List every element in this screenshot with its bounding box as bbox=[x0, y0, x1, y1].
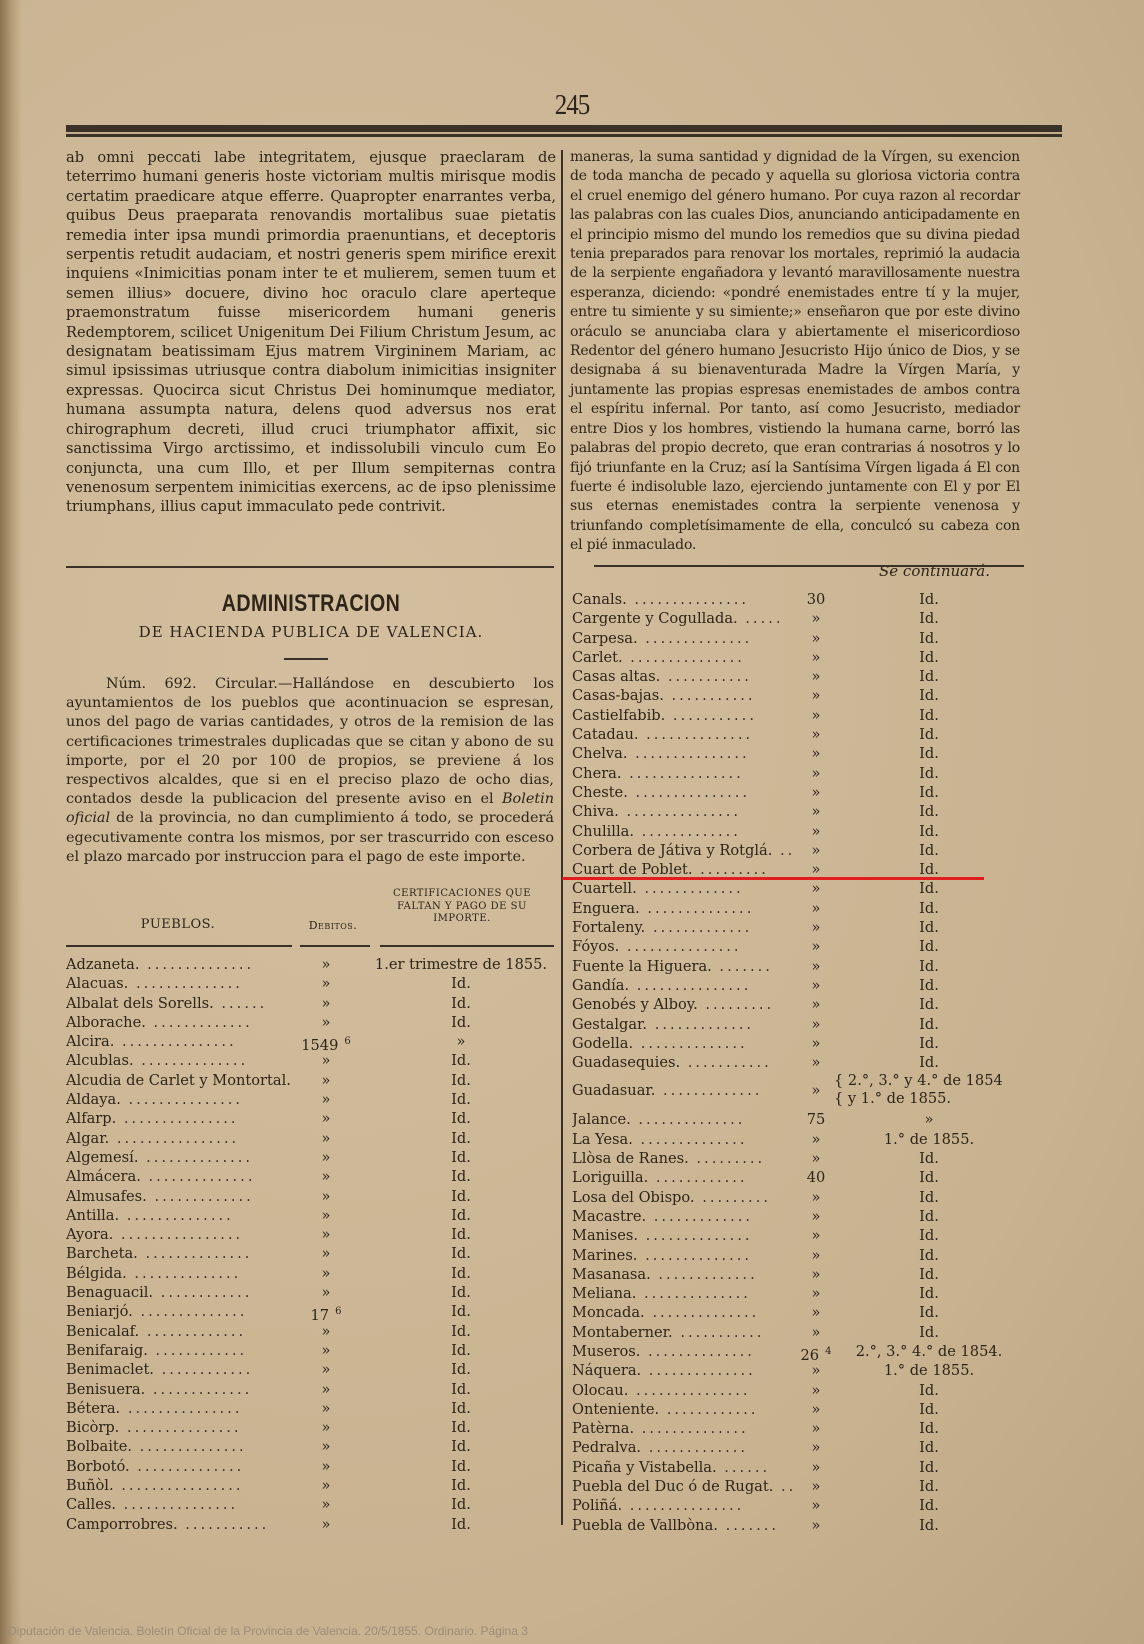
table-row: Beniarjó. ..............176Id. bbox=[66, 1302, 556, 1321]
town-name: Adzaneta. .............. bbox=[66, 955, 291, 974]
leader-dots: ...... bbox=[717, 1459, 770, 1476]
leader-dots: .............. bbox=[130, 1458, 245, 1475]
certification-value: Id. bbox=[834, 1477, 1024, 1496]
leader-dots: ............. bbox=[145, 1381, 252, 1398]
leader-dots: .............. bbox=[141, 1168, 256, 1185]
town-name: Casas altas. ........... bbox=[572, 667, 792, 686]
certification-value: Id. bbox=[366, 1013, 556, 1032]
table-row: Benaguacil. ............»Id. bbox=[66, 1283, 556, 1302]
leader-dots: ............... bbox=[622, 765, 744, 782]
table-row: Benifaraig. ............»Id. bbox=[66, 1341, 556, 1360]
leader-dots: ...... bbox=[214, 995, 267, 1012]
certification-value: Id. bbox=[834, 783, 1024, 802]
town-name: Alcudia de Carlet y Montortal. .. bbox=[66, 1071, 291, 1090]
certification-value: Id. bbox=[366, 1206, 556, 1225]
debit-value: » bbox=[291, 1437, 361, 1456]
table-row: Bétera. ...............»Id. bbox=[66, 1399, 556, 1418]
town-name: Bicòrp. ............... bbox=[66, 1418, 291, 1437]
certification-value: Id. bbox=[366, 1380, 556, 1399]
table-row: Macastre. .............»Id. bbox=[572, 1207, 1022, 1226]
certification-value: Id. bbox=[834, 1265, 1024, 1284]
leader-dots: ............. bbox=[655, 1082, 762, 1099]
town-name: Almácera. .............. bbox=[66, 1167, 291, 1186]
leader-dots: .............. bbox=[133, 1303, 248, 1320]
section-title: ADMINISTRACION bbox=[110, 590, 512, 618]
book-spine-shadow bbox=[0, 0, 22, 1644]
leader-dots: .............. bbox=[638, 1227, 753, 1244]
certification-value: » bbox=[366, 1032, 556, 1051]
table-row: Montaberner. ...........»Id. bbox=[572, 1323, 1022, 1342]
header-underline-pueblos bbox=[66, 945, 292, 947]
leader-dots: ............... bbox=[627, 591, 749, 608]
town-name: Enguera. .............. bbox=[572, 899, 792, 918]
certification-value: Id. bbox=[834, 1053, 1024, 1072]
table-row: Cheste. ...............»Id. bbox=[572, 783, 1022, 802]
table-row: Losa del Obispo. .........»Id. bbox=[572, 1188, 1022, 1207]
header-debitos: Debitos. bbox=[298, 919, 368, 932]
town-name: Llòsa de Ranes. ......... bbox=[572, 1149, 792, 1168]
table-row: Olocau. ...............»Id. bbox=[572, 1381, 1022, 1400]
certification-value: » bbox=[834, 1110, 1024, 1129]
table-row: Antilla. ..............»Id. bbox=[66, 1206, 556, 1225]
town-name: Antilla. .............. bbox=[66, 1206, 291, 1225]
certification-value: 2.°, 3.° 4.° de 1854. bbox=[834, 1342, 1024, 1361]
town-name: Bétera. ............... bbox=[66, 1399, 291, 1418]
certification-value: Id. bbox=[834, 1284, 1024, 1303]
certification-value: Id. bbox=[366, 1341, 556, 1360]
leader-dots: ............... bbox=[116, 1496, 238, 1513]
certification-value: Id. bbox=[834, 1400, 1024, 1419]
town-name: Bolbaite. .............. bbox=[66, 1437, 291, 1456]
debit-value: » bbox=[291, 1071, 361, 1090]
town-name: Algemesí. .............. bbox=[66, 1148, 291, 1167]
debit-value: » bbox=[291, 1380, 361, 1399]
leader-dots: ........... bbox=[178, 1516, 270, 1533]
town-name: Calles. ............... bbox=[66, 1495, 291, 1514]
table-row: La Yesa. ..............»1.° de 1855. bbox=[572, 1130, 1022, 1149]
table-row: Alfarp. ...............»Id. bbox=[66, 1109, 556, 1128]
table-row: Catadau. ..............»Id. bbox=[572, 725, 1022, 744]
table-row: Llòsa de Ranes. .........»Id. bbox=[572, 1149, 1022, 1168]
debit-value: » bbox=[291, 1129, 361, 1148]
certification-value: Id. bbox=[366, 1090, 556, 1109]
table-row: Carlet. ...............»Id. bbox=[572, 648, 1022, 667]
table-row: Chiva. ...............»Id. bbox=[572, 802, 1022, 821]
debit-value: » bbox=[291, 1360, 361, 1379]
table-row: Pedralva. .............»Id. bbox=[572, 1438, 1022, 1457]
town-name: Alborache. ............. bbox=[66, 1013, 291, 1032]
debit-value: » bbox=[291, 955, 361, 974]
town-name: Masanasa. ............. bbox=[572, 1265, 792, 1284]
table-row: Almácera. ..............»Id. bbox=[66, 1167, 556, 1186]
certification-value: Id. bbox=[834, 609, 1024, 628]
certification-value: Id. bbox=[834, 976, 1024, 995]
leader-dots: .............. bbox=[640, 1343, 755, 1360]
town-name: Cargente y Cogullada. ..... bbox=[572, 609, 792, 628]
latin-paragraph: ab omni peccati labe integritatem, ejusq… bbox=[66, 148, 556, 517]
table-row: Náquera. ..............»1.° de 1855. bbox=[572, 1361, 1022, 1380]
table-row: Barcheta. ..............»Id. bbox=[66, 1244, 556, 1263]
certification-value: 1.° de 1855. bbox=[834, 1130, 1024, 1149]
spanish-text-column: maneras, la suma santidad y dignidad de … bbox=[570, 148, 1020, 580]
leader-dots: ............ bbox=[148, 1342, 247, 1359]
certification-value: Id. bbox=[834, 629, 1024, 648]
table-row: Alcudia de Carlet y Montortal. ..»Id. bbox=[66, 1071, 556, 1090]
town-name: Patèrna. .............. bbox=[572, 1419, 792, 1438]
town-name: Ayora. ................ bbox=[66, 1225, 291, 1244]
town-name: Benisuera. ............. bbox=[66, 1380, 291, 1399]
leader-dots: ....... bbox=[718, 1517, 779, 1534]
town-name: Cuartell. ............. bbox=[572, 879, 792, 898]
table-row: Bolbaite. ..............»Id. bbox=[66, 1437, 556, 1456]
leader-dots: ............... bbox=[120, 1400, 242, 1417]
leader-dots: ............... bbox=[619, 938, 741, 955]
certification-value: Id. bbox=[834, 1303, 1024, 1322]
town-name: Montaberner. ........... bbox=[572, 1323, 792, 1342]
leader-dots: ............. bbox=[646, 1208, 753, 1225]
table-row: Casas-bajas. ...........»Id. bbox=[572, 686, 1022, 705]
certification-value: Id. bbox=[366, 1129, 556, 1148]
town-name: Fortaleny. ............. bbox=[572, 918, 792, 937]
town-name: Barcheta. .............. bbox=[66, 1244, 291, 1263]
leader-dots: ................ bbox=[109, 1130, 239, 1147]
debit-value: » bbox=[291, 1264, 361, 1283]
debit-value: » bbox=[291, 1225, 361, 1244]
leader-dots: .............. bbox=[639, 726, 754, 743]
certification-value: Id. bbox=[834, 1168, 1024, 1187]
leader-dots: ............ bbox=[153, 1284, 252, 1301]
town-name: Godella. .............. bbox=[572, 1034, 792, 1053]
town-name: Benaguacil. ............ bbox=[66, 1283, 291, 1302]
debit-value: » bbox=[291, 1341, 361, 1360]
leader-dots: .............. bbox=[636, 1285, 751, 1302]
red-highlight-underline bbox=[562, 877, 984, 880]
table-row: Picaña y Vistabella. ......»Id. bbox=[572, 1458, 1022, 1477]
debt-table-right: Canals. ...............30Id.Cargente y C… bbox=[572, 590, 1022, 1535]
certification-value: Id. bbox=[834, 1034, 1024, 1053]
town-name: Alcublas. .............. bbox=[66, 1051, 291, 1070]
town-name: Genobés y Alboy. ......... bbox=[572, 995, 792, 1014]
table-row: Camporrobres. ...........»Id. bbox=[66, 1515, 556, 1534]
section-subtitle: DE HACIENDA PUBLICA DE VALENCIA. bbox=[66, 623, 556, 641]
certification-value: Id. bbox=[834, 879, 1024, 898]
table-row: Castielfabib. ...........»Id. bbox=[572, 706, 1022, 725]
leader-dots: ............... bbox=[119, 1419, 241, 1436]
leader-dots: .............. bbox=[134, 1052, 249, 1069]
table-row: Cuartell. .............»Id. bbox=[572, 879, 1022, 898]
table-row: Bicòrp. ...............»Id. bbox=[66, 1418, 556, 1437]
table-row: Chera. ...............»Id. bbox=[572, 764, 1022, 783]
certification-value: Id. bbox=[834, 937, 1024, 956]
table-row: Enguera. ..............»Id. bbox=[572, 899, 1022, 918]
town-name: Benifaraig. ............ bbox=[66, 1341, 291, 1360]
town-name: Marines. .............. bbox=[572, 1246, 792, 1265]
town-name: Picaña y Vistabella. ...... bbox=[572, 1458, 792, 1477]
debit-value: » bbox=[291, 1418, 361, 1437]
town-name: Castielfabib. ........... bbox=[572, 706, 792, 725]
certification-value: Id. bbox=[366, 1264, 556, 1283]
leader-dots: ........... bbox=[660, 668, 752, 685]
town-name: Cheste. ............... bbox=[572, 783, 792, 802]
certification-value: Id. bbox=[366, 1071, 556, 1090]
archive-footer: Diputación de Valencia. Boletín Oficial … bbox=[8, 1624, 528, 1638]
table-row: Godella. ..............»Id. bbox=[572, 1034, 1022, 1053]
town-name: Borbotó. .............. bbox=[66, 1457, 291, 1476]
table-row: Corbera de Játiva y Rotglá. ..»Id. bbox=[572, 841, 1022, 860]
certification-value: Id. bbox=[834, 648, 1024, 667]
town-name: Museros. .............. bbox=[572, 1342, 792, 1361]
town-name: Chera. ............... bbox=[572, 764, 792, 783]
town-name: Corbera de Játiva y Rotglá. .. bbox=[572, 841, 792, 860]
debit-value: » bbox=[291, 1013, 361, 1032]
town-name: Puebla de Vallbòna. ....... bbox=[572, 1516, 792, 1535]
leader-dots: .............. bbox=[119, 1207, 234, 1224]
certification-value: Id. bbox=[366, 1515, 556, 1534]
certification-value: Id. bbox=[834, 667, 1024, 686]
certification-value: Id. bbox=[366, 1476, 556, 1495]
town-name: Bélgida. .............. bbox=[66, 1264, 291, 1283]
town-name: Gestalgar. ............. bbox=[572, 1015, 792, 1034]
town-name: Aldaya. ............... bbox=[66, 1090, 291, 1109]
circular-number: Núm. 692. Circular.— bbox=[106, 676, 292, 692]
certification-value: Id. bbox=[366, 1167, 556, 1186]
town-name: Meliana. .............. bbox=[572, 1284, 792, 1303]
town-name: Pedralva. ............. bbox=[572, 1438, 792, 1457]
certification-value: Id. bbox=[834, 590, 1024, 609]
certification-value: Id. bbox=[834, 995, 1024, 1014]
debit-value: » bbox=[291, 1283, 361, 1302]
leader-dots: ............... bbox=[628, 1382, 750, 1399]
town-name: Catadau. .............. bbox=[572, 725, 792, 744]
town-name: Losa del Obispo. ......... bbox=[572, 1188, 792, 1207]
leader-dots: ............. bbox=[645, 919, 752, 936]
table-row: Poliñá. ...............»Id. bbox=[572, 1496, 1022, 1515]
table-row: Borbotó. ..............»Id. bbox=[66, 1457, 556, 1476]
certification-value: Id. bbox=[366, 1187, 556, 1206]
table-row: Alacuas. ..............»Id. bbox=[66, 974, 556, 993]
leader-dots: ............. bbox=[139, 1323, 246, 1340]
certification-value: Id. bbox=[834, 686, 1024, 705]
certification-value: Id. bbox=[366, 994, 556, 1013]
certification-value: 1.° de 1855. bbox=[834, 1361, 1024, 1380]
town-name: Puebla del Duc ó de Rugat. .. bbox=[572, 1477, 792, 1496]
leader-dots: .............. bbox=[132, 1438, 247, 1455]
debit-value: » bbox=[291, 1167, 361, 1186]
town-name: Benimaclet. ............ bbox=[66, 1360, 291, 1379]
leader-dots: .............. bbox=[645, 1304, 760, 1321]
table-row: Buñòl. ................»Id. bbox=[66, 1476, 556, 1495]
town-name: Benicalaf. ............. bbox=[66, 1322, 291, 1341]
certification-value: Id. bbox=[834, 918, 1024, 937]
certification-value: Id. bbox=[834, 1438, 1024, 1457]
table-row: Chulilla. .............»Id. bbox=[572, 822, 1022, 841]
town-name: Canals. ............... bbox=[572, 590, 792, 609]
table-row: Gandía. ...............»Id. bbox=[572, 976, 1022, 995]
certification-value: Id. bbox=[834, 725, 1024, 744]
table-row: Guadasequies. ...........»Id. bbox=[572, 1053, 1022, 1072]
certification-value: Id. bbox=[366, 1302, 556, 1321]
town-name: Carpesa. .............. bbox=[572, 629, 792, 648]
title-rule bbox=[284, 658, 328, 660]
table-row: Puebla de Vallbòna. .......»Id. bbox=[572, 1516, 1022, 1535]
certification-value: Id. bbox=[834, 1207, 1024, 1226]
certification-value: Id. bbox=[366, 1051, 556, 1070]
leader-dots: ............... bbox=[629, 977, 751, 994]
table-row: Marines. ..............»Id. bbox=[572, 1246, 1022, 1265]
leader-dots: .............. bbox=[631, 1111, 746, 1128]
leader-dots: ............... bbox=[623, 649, 745, 666]
header-underline-cert bbox=[380, 945, 554, 947]
leader-dots: .............. bbox=[640, 900, 755, 917]
table-row: Carpesa. ..............»Id. bbox=[572, 629, 1022, 648]
circular-intro: Núm. 692. Circular.—Hallándose en descub… bbox=[66, 675, 554, 867]
town-name: Albalat dels Sorells. ...... bbox=[66, 994, 291, 1013]
leader-dots: .............. bbox=[641, 1362, 756, 1379]
table-row: Algemesí. ..............»Id. bbox=[66, 1148, 556, 1167]
certification-value: Id. bbox=[834, 706, 1024, 725]
certification-value: Id. bbox=[366, 1495, 556, 1514]
town-name: Olocau. ............... bbox=[572, 1381, 792, 1400]
table-row: Loriguilla. ............40Id. bbox=[572, 1168, 1022, 1187]
table-row: Fortaleny. .............»Id. bbox=[572, 918, 1022, 937]
leader-dots: .............. bbox=[637, 1247, 752, 1264]
town-name: Guadasuar. ............. bbox=[572, 1081, 792, 1100]
town-name: Camporrobres. ........... bbox=[66, 1515, 291, 1534]
table-row: Bélgida. ..............»Id. bbox=[66, 1264, 556, 1283]
leader-dots: .............. bbox=[140, 956, 255, 973]
leader-dots: ................ bbox=[114, 1477, 244, 1494]
certification-value: Id. bbox=[366, 1360, 556, 1379]
certification-value: Id. bbox=[834, 1516, 1024, 1535]
debit-value: » bbox=[291, 1399, 361, 1418]
debit-value: » bbox=[291, 1515, 361, 1534]
town-name: Macastre. ............. bbox=[572, 1207, 792, 1226]
debit-value: » bbox=[291, 1322, 361, 1341]
table-row: Algar. ................»Id. bbox=[66, 1129, 556, 1148]
section-divider-right bbox=[594, 565, 1024, 567]
town-name: Carlet. ............... bbox=[572, 648, 792, 667]
town-name: La Yesa. .............. bbox=[572, 1130, 792, 1149]
certification-value: Id. bbox=[834, 957, 1024, 976]
table-row: Patèrna. ..............»Id. bbox=[572, 1419, 1022, 1438]
leader-dots: ..... bbox=[738, 610, 784, 627]
debt-table-left: Adzaneta. ..............»1.er trimestre … bbox=[66, 955, 556, 1534]
certification-value: Id. bbox=[366, 1399, 556, 1418]
leader-dots: ............. bbox=[651, 1266, 758, 1283]
table-row: Guadasuar. .............»{ 2.°, 3.° y 4.… bbox=[572, 1072, 1022, 1110]
debit-value: » bbox=[291, 1244, 361, 1263]
leader-dots: .............. bbox=[633, 1035, 748, 1052]
certification-value: Id. bbox=[834, 1226, 1024, 1245]
certification-value: Id. bbox=[834, 1458, 1024, 1477]
table-row: Meliana. ..............»Id. bbox=[572, 1284, 1022, 1303]
certification-value: Id. bbox=[366, 1418, 556, 1437]
table-row: Puebla del Duc ó de Rugat. ..»Id. bbox=[572, 1477, 1022, 1496]
town-name: Casas-bajas. ........... bbox=[572, 686, 792, 705]
certification-value: Id. bbox=[366, 1109, 556, 1128]
town-name: Manises. .............. bbox=[572, 1226, 792, 1245]
leader-dots: ............... bbox=[619, 803, 741, 820]
debit-value: » bbox=[291, 994, 361, 1013]
spanish-paragraph: maneras, la suma santidad y dignidad de … bbox=[570, 148, 1020, 556]
leader-dots: ............... bbox=[627, 745, 749, 762]
table-row: Casas altas. ...........»Id. bbox=[572, 667, 1022, 686]
table-row: Adzaneta. ..............»1.er trimestre … bbox=[66, 955, 556, 974]
certification-value: Id. bbox=[834, 841, 1024, 860]
leader-dots: ............. bbox=[647, 1016, 754, 1033]
certification-value: Id. bbox=[834, 899, 1024, 918]
leader-dots: ......... bbox=[693, 861, 769, 878]
debit-value: » bbox=[291, 1051, 361, 1070]
town-name: Alfarp. ............... bbox=[66, 1109, 291, 1128]
town-name: Chiva. ............... bbox=[572, 802, 792, 821]
leader-dots: ............... bbox=[114, 1033, 236, 1050]
certification-value: Id. bbox=[366, 1244, 556, 1263]
leader-dots: ............ bbox=[154, 1361, 253, 1378]
debit-value: » bbox=[291, 1476, 361, 1495]
certification-value: 1.er trimestre de 1855. bbox=[366, 955, 556, 974]
certification-value: Id. bbox=[366, 1437, 556, 1456]
debit-value: » bbox=[291, 1148, 361, 1167]
header-underline-debitos bbox=[300, 945, 370, 947]
leader-dots: ................ bbox=[113, 1226, 243, 1243]
town-name: Beniarjó. .............. bbox=[66, 1302, 291, 1321]
debit-value: » bbox=[291, 1495, 361, 1514]
certification-value: Id. bbox=[834, 1149, 1024, 1168]
table-row: Gestalgar. .............»Id. bbox=[572, 1015, 1022, 1034]
leader-dots: ............... bbox=[116, 1110, 238, 1127]
table-row: Benicalaf. .............»Id. bbox=[66, 1322, 556, 1341]
certification-value: Id. bbox=[834, 802, 1024, 821]
town-name: Fuente la Higuera. ....... bbox=[572, 957, 792, 976]
leader-dots: .............. bbox=[127, 1265, 242, 1282]
debit-fraction: 4 bbox=[825, 1346, 831, 1357]
header-pueblos: PUEBLOS. bbox=[88, 917, 268, 932]
leader-dots: .............. bbox=[138, 1245, 253, 1262]
town-name: Alcira. ............... bbox=[66, 1032, 291, 1051]
table-row: Benisuera. .............»Id. bbox=[66, 1380, 556, 1399]
debit-fraction: 6 bbox=[344, 1036, 350, 1047]
town-name: Loriguilla. ............ bbox=[572, 1168, 792, 1187]
leader-dots: ............ bbox=[659, 1401, 758, 1418]
table-row: Masanasa. .............»Id. bbox=[572, 1265, 1022, 1284]
certification-value: Id. bbox=[834, 1419, 1024, 1438]
certification-value: Id. bbox=[834, 744, 1024, 763]
certification-value: Id. bbox=[834, 1015, 1024, 1034]
leader-dots: ......... bbox=[698, 996, 774, 1013]
leader-dots: .............. bbox=[138, 1149, 253, 1166]
town-name: Guadasequies. ........... bbox=[572, 1053, 792, 1072]
table-row: Moncada. ..............»Id. bbox=[572, 1303, 1022, 1322]
page-number: 245 bbox=[0, 90, 1144, 122]
town-name: Náquera. .............. bbox=[572, 1361, 792, 1380]
certification-value: Id. bbox=[834, 1246, 1024, 1265]
table-row: Almusafes. .............»Id. bbox=[66, 1187, 556, 1206]
town-name: Onteniente. ............ bbox=[572, 1400, 792, 1419]
certification-value: Id. bbox=[834, 1496, 1024, 1515]
town-name: Almusafes. ............. bbox=[66, 1187, 291, 1206]
leader-dots: ............... bbox=[622, 1497, 744, 1514]
table-row: Cargente y Cogullada. .....»Id. bbox=[572, 609, 1022, 628]
leader-dots: .............. bbox=[633, 1131, 748, 1148]
header-rule bbox=[66, 125, 1062, 134]
table-row: Ayora. ................»Id. bbox=[66, 1225, 556, 1244]
table-row: Onteniente. ............»Id. bbox=[572, 1400, 1022, 1419]
leader-dots: ............. bbox=[641, 1439, 748, 1456]
certification-value: Id. bbox=[366, 1225, 556, 1244]
leader-dots: .............. bbox=[634, 1420, 749, 1437]
certification-value: { 2.°, 3.° y 4.° de 1854{ y 1.° de 1855. bbox=[834, 1072, 1024, 1108]
